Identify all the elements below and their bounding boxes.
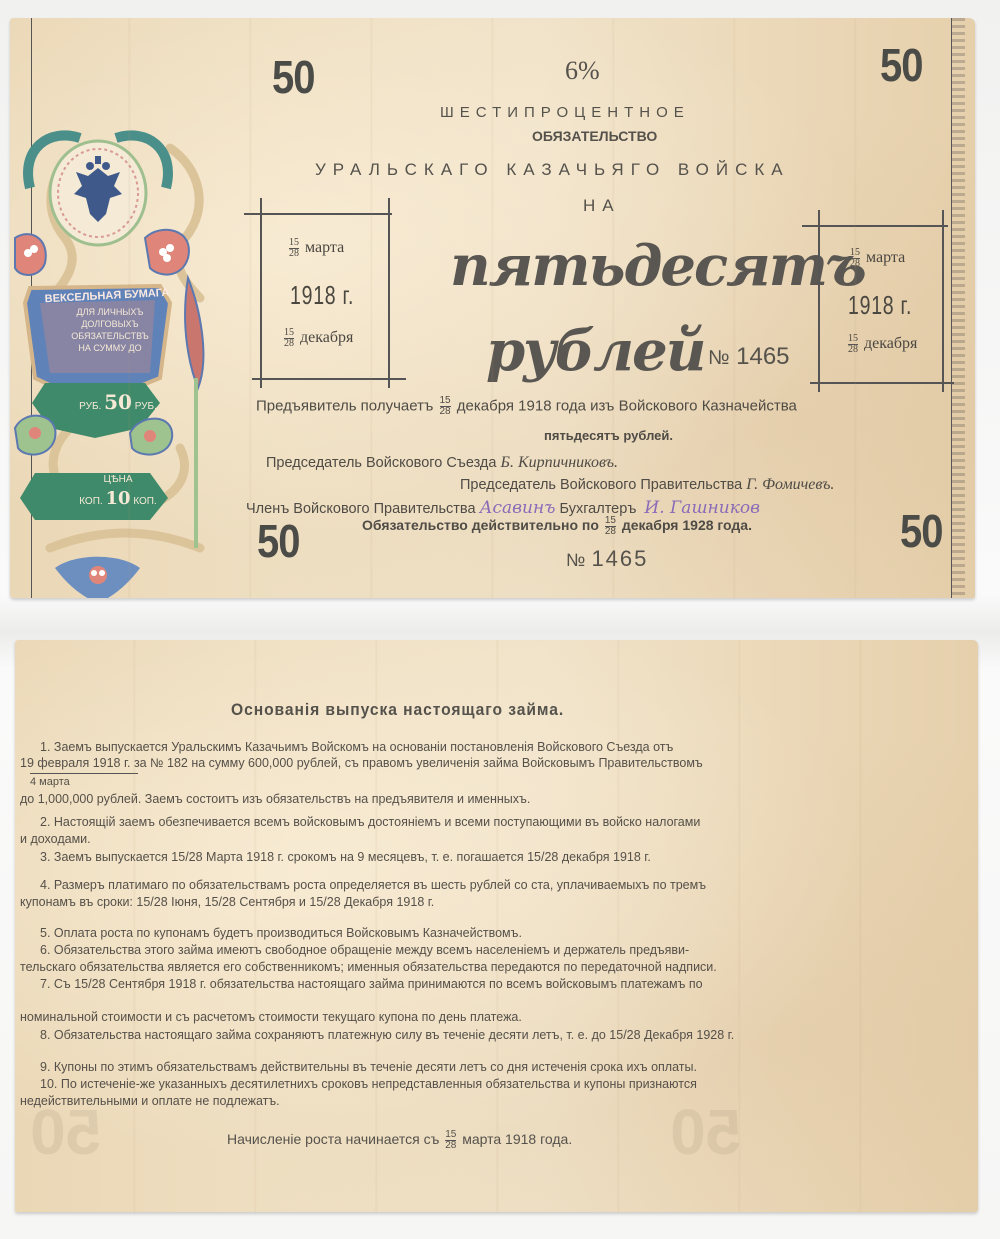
title-line-1: ШЕСТИПРОЦЕНТНОЕ [440, 104, 690, 121]
date-box-year: 1918 г. [290, 280, 354, 311]
ornament-panel-text: ДЛЯ ЛИЧНЫХЪ ДОЛГОВЫХЪ ОБЯЗАТЕЛЬСТВЪ НА С… [48, 306, 172, 354]
ornament-price-label: ЦѢНА [58, 474, 178, 485]
flower-ornament-lower-left [15, 416, 55, 455]
term-5: 5. Оплата роста по купонамъ будетъ произ… [40, 926, 522, 940]
flower-ornament-right [145, 230, 189, 275]
show-through-denomination-left: 50 [30, 1095, 101, 1169]
flower-ornament-lower-right [130, 419, 172, 455]
term-4-line-2: купонамъ въ сроки: 15/28 Іюня, 15/28 Сен… [20, 895, 434, 909]
denomination-top-right: 50 [880, 41, 923, 93]
right-border-strip [951, 18, 965, 598]
denomination-bottom-left: 50 [257, 517, 300, 569]
validity-line: Обязательство действительно по 1528 дека… [362, 516, 752, 537]
interest-rate: 6% [565, 56, 600, 86]
denomination-bottom-right: 50 [900, 507, 943, 559]
serial-number-bottom: № 1465 [566, 546, 648, 572]
term-6-line-1: 6. Обязательства этого займа имеютъ своб… [40, 943, 689, 957]
show-through-denomination-right: 50 [670, 1095, 741, 1169]
chairman-government-line: Председатель Войскового Правительства Г.… [460, 476, 834, 494]
amount-words-small: пятьдесятъ рублей. [544, 428, 673, 443]
member-signature: Асавинъ [480, 498, 556, 518]
term-2-line-2: и доходами. [20, 832, 91, 846]
title-line-2: ОБЯЗАТЕЛЬСТВО [532, 128, 657, 144]
amount-word-rubles: рублей [486, 318, 704, 384]
term-1-line-3: 4 марта [30, 773, 138, 788]
bearer-line: Предъявитель получаетъ 1528 декабря 1918… [256, 396, 797, 417]
lotus-ornament-bottom [55, 557, 140, 598]
term-9: 9. Купоны по этимъ обязательствамъ дейст… [40, 1060, 697, 1074]
date-box-right: 1528 марта 1918 г. 1528 декабря [818, 210, 944, 392]
bond-back: Основанія выпуска настоящаго займа. 1. З… [15, 640, 978, 1212]
term-6-line-2: тельскаго обязательства является его соб… [20, 960, 717, 974]
bond-front: ВЕКСЕЛЬНАЯ БУМАГА ДЛЯ ЛИЧНЫХЪ ДОЛГОВЫХЪ … [10, 18, 975, 598]
title-line-4: НА [583, 196, 621, 216]
term-7-line-1: 7. Съ 15/28 Сентября 1918 г. обязательст… [40, 977, 703, 991]
ornament-price: КОП. 10 КОП. [38, 488, 198, 509]
ornamental-vignette [10, 128, 240, 598]
back-footer: Начисленіе роста начинается съ 1528 март… [227, 1130, 572, 1151]
amount-word-fifty: пятьдесятъ [450, 233, 865, 299]
member-accountant-line: Членъ Войскового Правительства Асавинъ Б… [246, 498, 760, 518]
date-box-left: 1528 марта 1918 г. 1528 декабря [260, 198, 390, 388]
term-4-line-1: 4. Размеръ платимаго по обязательствамъ … [40, 878, 706, 892]
term-2-line-1: 2. Настоящій заемъ обезпечивается всемъ … [40, 815, 700, 829]
term-8: 8. Обязательства настоящаго займа сохран… [40, 1028, 734, 1042]
title-line-3: УРАЛЬСКАГО КАЗАЧЬЯГО ВОЙСКА [315, 160, 790, 180]
term-1-line-2: 19 февраля 1918 г. за № 182 на сумму 600… [20, 756, 703, 770]
date-box-year: 1918 г. [848, 290, 912, 321]
term-1-line-1: 1. Заемъ выпускается Уральскимъ Казачьим… [40, 740, 673, 754]
term-3: 3. Заемъ выпускается 15/28 Марта 1918 г.… [40, 850, 651, 864]
flower-ornament-left [15, 234, 46, 275]
accountant-signature: И. Гашников [644, 498, 760, 518]
back-heading: Основанія выпуска настоящаго займа. [231, 700, 564, 720]
term-1-line-4: до 1,000,000 рублей. Заемъ состоитъ изъ … [20, 792, 530, 806]
term-7-line-2: номинальной стоимости и съ расчетомъ сто… [20, 1010, 522, 1024]
serial-number-top: № 1465 [708, 343, 790, 371]
ornament-amount: РУБ. 50 РУБ. [58, 390, 178, 414]
denomination-top-left: 50 [272, 53, 315, 105]
term-10-line-1: 10. По истеченіе-же указанныхъ десятилет… [40, 1077, 697, 1091]
chairman-congress-line: Председатель Войскового Съезда Б. Кирпич… [266, 454, 618, 472]
